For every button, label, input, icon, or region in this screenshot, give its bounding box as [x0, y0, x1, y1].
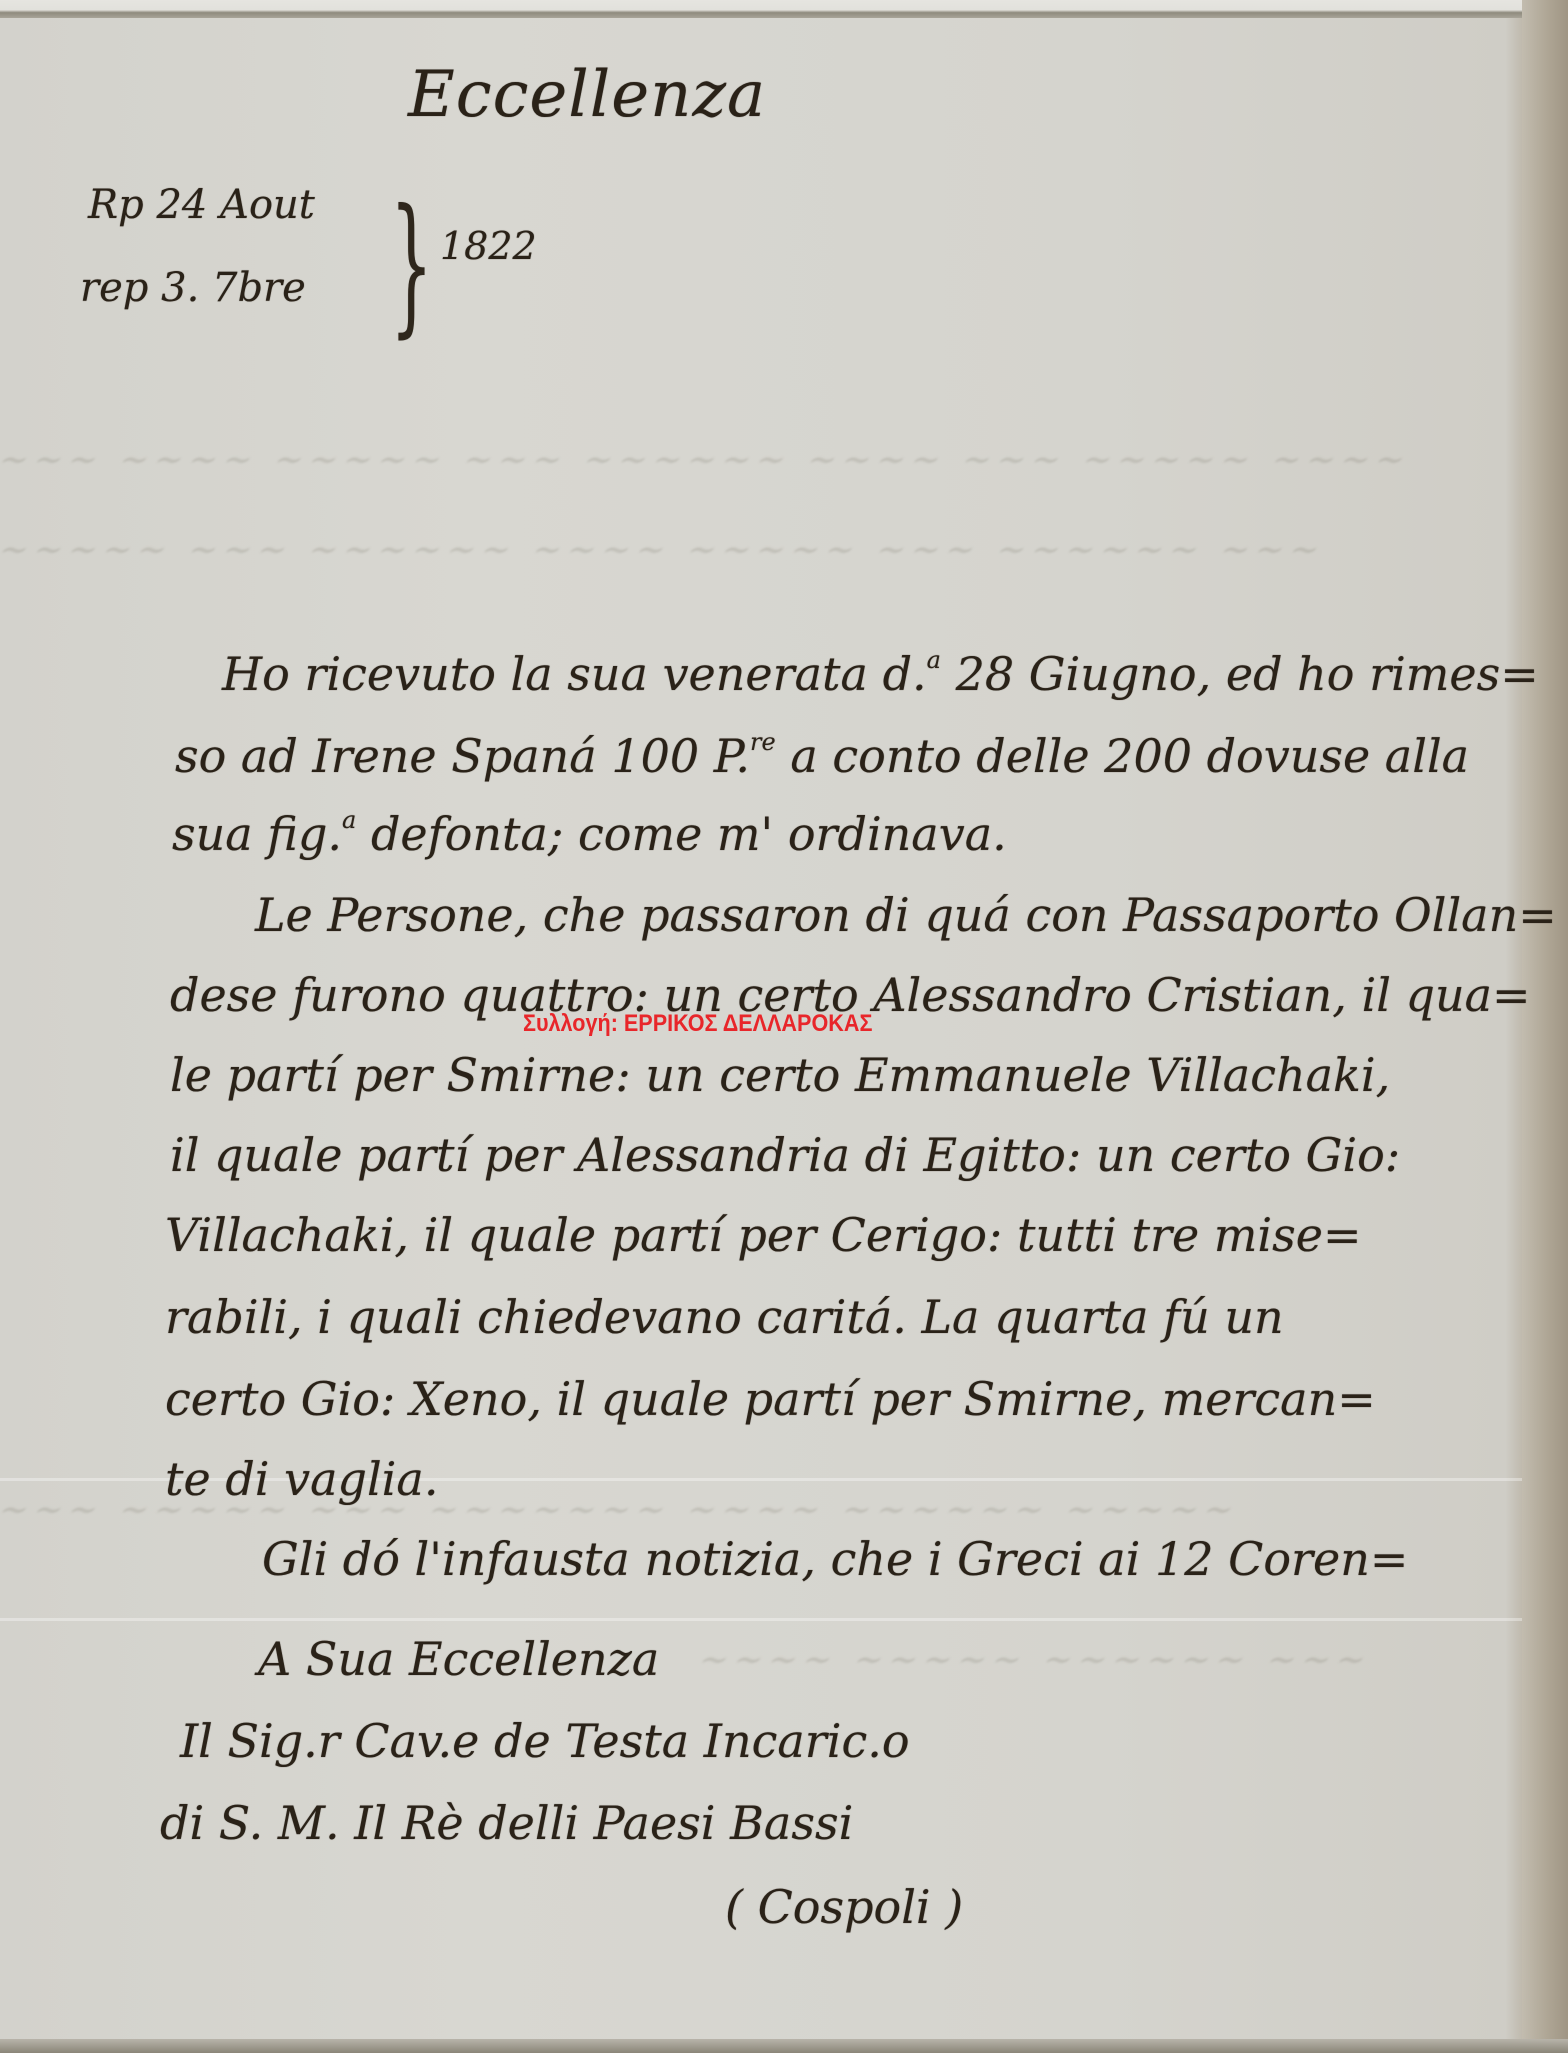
body-line: sua fig.a defonta; come m' ordinava. [172, 806, 1007, 861]
body-line: le partí per Smirne: un certo Emmanuele … [170, 1048, 1390, 1102]
body-line: il quale partí per Alessandria di Egitto… [170, 1128, 1400, 1182]
body-text: rabili, i quali chiedevano caritá. La qu… [165, 1290, 1284, 1344]
paper-bottom-edge [0, 2039, 1568, 2053]
body-text: defonta; come m' ordinava. [371, 807, 1007, 861]
collection-watermark: Συλλογή: ΕΡΡΙΚΟΣ ΔΕΛΛΑΡΟΚΑΣ [523, 1010, 872, 1038]
body-text: Ho ricevuto la sua venerata d. [222, 647, 927, 701]
salutation: Eccellenza [408, 58, 766, 132]
body-line: Le Persone, che passaron di quá con Pass… [255, 888, 1557, 942]
address-line-4: ( Cospoli ) [725, 1880, 963, 1934]
body-line: te di vaglia. [165, 1452, 438, 1506]
paper-fold-line [0, 1618, 1522, 1621]
body-line: Gli dó l'infausta notizia, che i Greci a… [262, 1532, 1408, 1586]
body-line: Villachaki, il quale partí per Cerigo: t… [165, 1208, 1362, 1262]
body-line: certo Gio: Xeno, il quale partí per Smir… [165, 1372, 1376, 1426]
body-text: Gli dó l'infausta notizia, che i Greci a… [262, 1532, 1408, 1586]
body-line: Ho ricevuto la sua venerata d.a 28 Giugn… [222, 646, 1539, 701]
body-text: 28 Giugno, ed ho rimes= [956, 647, 1539, 701]
paper-top-edge [0, 0, 1568, 18]
brace-mark: } [390, 190, 433, 340]
superscript-abbrev: a [342, 806, 356, 834]
body-text: Villachaki, il quale partí per Cerigo: t… [165, 1208, 1362, 1262]
body-text: so ad Irene Spaná 100 P. [175, 729, 750, 783]
body-line: so ad Irene Spaná 100 P.re a conto delle… [175, 728, 1469, 783]
body-text: le partí per Smirne: un certo Emmanuele … [170, 1048, 1390, 1102]
superscript-abbrev: a [927, 646, 941, 674]
bleed-through-text: ~~~~~ ~~~ ~~~~~~ ~~~~ ~~~~~ ~~~ ~~~~~~ ~… [0, 530, 1406, 570]
body-text: il quale partí per Alessandria di Egitto… [170, 1128, 1400, 1182]
body-text: a conto delle 200 dovuse alla [790, 729, 1469, 783]
body-line: rabili, i quali chiedevano caritá. La qu… [165, 1290, 1284, 1344]
superscript-abbrev: re [750, 728, 776, 756]
bleed-through-text: ~~~~ ~~~~~ ~~~~~~ ~~~ [694, 1640, 1507, 1680]
address-line-2: Il Sig.r Cav.e de Testa Incaric.o [180, 1714, 910, 1768]
note-year: 1822 [440, 224, 537, 268]
received-note: Rp 24 Aout [88, 182, 315, 228]
paper-right-edge [1522, 0, 1568, 2053]
watermark-label: Συλλογή: [523, 1010, 618, 1037]
watermark-name: ΕΡΡΙΚΟΣ ΔΕΛΛΑΡΟΚΑΣ [624, 1010, 873, 1037]
body-text: te di vaglia. [165, 1452, 438, 1506]
address-line-3: di S. M. Il Rè delli Paesi Bassi [160, 1796, 853, 1850]
address-line-1: A Sua Eccellenza [258, 1632, 659, 1686]
letter-photograph: ~~~ ~~~~ ~~~~~ ~~~ ~~~~~~ ~~~~ ~~~ ~~~~~… [0, 0, 1568, 2053]
body-text: Le Persone, che passaron di quá con Pass… [255, 888, 1557, 942]
bleed-through-text: ~~~ ~~~~ ~~~~~ ~~~ ~~~~~~ ~~~~ ~~~ ~~~~~… [0, 440, 1406, 480]
replied-note: rep 3. 7bre [80, 265, 306, 311]
body-text: certo Gio: Xeno, il quale partí per Smir… [165, 1372, 1376, 1426]
body-text: sua fig. [172, 807, 342, 861]
